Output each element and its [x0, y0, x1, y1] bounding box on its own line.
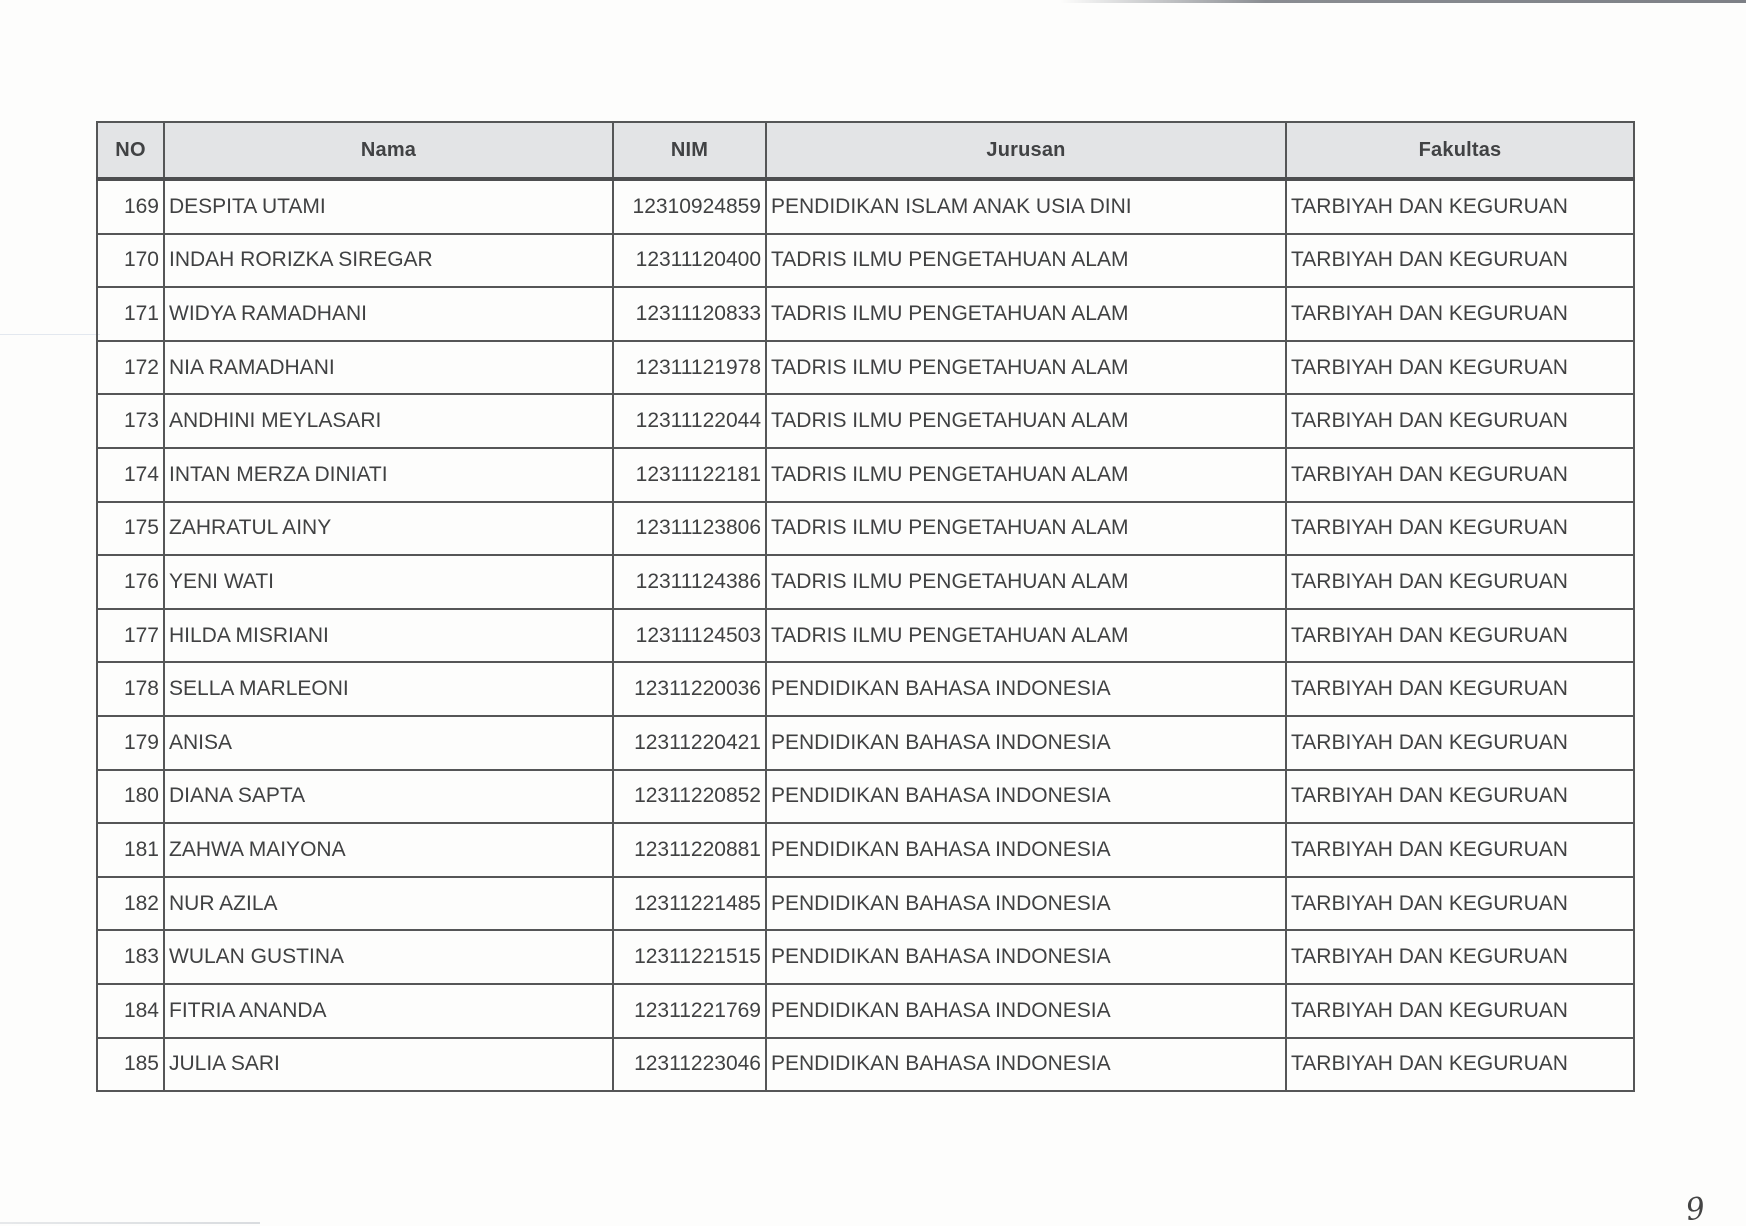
handwritten-page-mark: 9 — [1684, 1191, 1708, 1226]
cell-nim: 12311122181 — [613, 448, 766, 502]
table-body: 169DESPITA UTAMI12310924859PENDIDIKAN IS… — [97, 179, 1634, 1091]
cell-no: 178 — [97, 662, 164, 716]
table-row: 185JULIA SARI12311223046PENDIDIKAN BAHAS… — [97, 1038, 1634, 1092]
header-fakultas: Fakultas — [1286, 122, 1634, 179]
cell-nim: 12311221769 — [613, 984, 766, 1038]
cell-jurusan: PENDIDIKAN BAHASA INDONESIA — [766, 1038, 1286, 1092]
cell-nama: JULIA SARI — [164, 1038, 613, 1092]
cell-nama: YENI WATI — [164, 555, 613, 609]
cell-nama: NIA RAMADHANI — [164, 341, 613, 395]
cell-nama: ZAHWA MAIYONA — [164, 823, 613, 877]
cell-jurusan: PENDIDIKAN BAHASA INDONESIA — [766, 930, 1286, 984]
table-row: 180DIANA SAPTA12311220852PENDIDIKAN BAHA… — [97, 770, 1634, 824]
cell-fakultas: TARBIYAH DAN KEGURUAN — [1286, 179, 1634, 234]
cell-no: 184 — [97, 984, 164, 1038]
cell-jurusan: TADRIS ILMU PENGETAHUAN ALAM — [766, 609, 1286, 663]
table-row: 184FITRIA ANANDA12311221769PENDIDIKAN BA… — [97, 984, 1634, 1038]
cell-no: 183 — [97, 930, 164, 984]
cell-nama: ANISA — [164, 716, 613, 770]
cell-jurusan: PENDIDIKAN BAHASA INDONESIA — [766, 662, 1286, 716]
cell-no: 175 — [97, 502, 164, 556]
cell-jurusan: PENDIDIKAN BAHASA INDONESIA — [766, 877, 1286, 931]
table-row: 169DESPITA UTAMI12310924859PENDIDIKAN IS… — [97, 179, 1634, 234]
cell-nim: 12311122044 — [613, 394, 766, 448]
cell-no: 176 — [97, 555, 164, 609]
header-row: NO Nama NIM Jurusan Fakultas — [97, 122, 1634, 179]
scan-edge-top — [1060, 0, 1746, 3]
table-header: NO Nama NIM Jurusan Fakultas — [97, 122, 1634, 179]
cell-nim: 12311221515 — [613, 930, 766, 984]
table-row: 183WULAN GUSTINA12311221515PENDIDIKAN BA… — [97, 930, 1634, 984]
scan-edge-bottom — [0, 1222, 260, 1224]
cell-fakultas: TARBIYAH DAN KEGURUAN — [1286, 1038, 1634, 1092]
cell-nim: 12311220852 — [613, 770, 766, 824]
cell-nama: INTAN MERZA DINIATI — [164, 448, 613, 502]
cell-no: 173 — [97, 394, 164, 448]
cell-nama: WULAN GUSTINA — [164, 930, 613, 984]
cell-fakultas: TARBIYAH DAN KEGURUAN — [1286, 770, 1634, 824]
cell-no: 182 — [97, 877, 164, 931]
cell-nama: ZAHRATUL AINY — [164, 502, 613, 556]
cell-nim: 12311223046 — [613, 1038, 766, 1092]
cell-nim: 12311220036 — [613, 662, 766, 716]
cell-jurusan: PENDIDIKAN BAHASA INDONESIA — [766, 716, 1286, 770]
cell-jurusan: PENDIDIKAN BAHASA INDONESIA — [766, 770, 1286, 824]
cell-nama: NUR AZILA — [164, 877, 613, 931]
cell-fakultas: TARBIYAH DAN KEGURUAN — [1286, 716, 1634, 770]
cell-fakultas: TARBIYAH DAN KEGURUAN — [1286, 877, 1634, 931]
cell-fakultas: TARBIYAH DAN KEGURUAN — [1286, 394, 1634, 448]
cell-nama: ANDHINI MEYLASARI — [164, 394, 613, 448]
cell-nama: DESPITA UTAMI — [164, 179, 613, 234]
cell-fakultas: TARBIYAH DAN KEGURUAN — [1286, 341, 1634, 395]
scan-artifact-line — [0, 334, 100, 335]
cell-jurusan: TADRIS ILMU PENGETAHUAN ALAM — [766, 448, 1286, 502]
table-row: 171WIDYA RAMADHANI12311120833TADRIS ILMU… — [97, 287, 1634, 341]
cell-jurusan: TADRIS ILMU PENGETAHUAN ALAM — [766, 287, 1286, 341]
table-row: 174INTAN MERZA DINIATI12311122181TADRIS … — [97, 448, 1634, 502]
table-row: 178SELLA MARLEONI12311220036PENDIDIKAN B… — [97, 662, 1634, 716]
cell-no: 177 — [97, 609, 164, 663]
cell-fakultas: TARBIYAH DAN KEGURUAN — [1286, 823, 1634, 877]
cell-jurusan: PENDIDIKAN ISLAM ANAK USIA DINI — [766, 179, 1286, 234]
table-row: 182NUR AZILA12311221485PENDIDIKAN BAHASA… — [97, 877, 1634, 931]
table-row: 173ANDHINI MEYLASARI12311122044TADRIS IL… — [97, 394, 1634, 448]
cell-fakultas: TARBIYAH DAN KEGURUAN — [1286, 287, 1634, 341]
cell-no: 185 — [97, 1038, 164, 1092]
cell-no: 169 — [97, 179, 164, 234]
cell-fakultas: TARBIYAH DAN KEGURUAN — [1286, 609, 1634, 663]
cell-fakultas: TARBIYAH DAN KEGURUAN — [1286, 555, 1634, 609]
cell-no: 179 — [97, 716, 164, 770]
cell-nim: 12311221485 — [613, 877, 766, 931]
cell-no: 171 — [97, 287, 164, 341]
cell-nama: SELLA MARLEONI — [164, 662, 613, 716]
cell-jurusan: TADRIS ILMU PENGETAHUAN ALAM — [766, 394, 1286, 448]
cell-fakultas: TARBIYAH DAN KEGURUAN — [1286, 984, 1634, 1038]
cell-nim: 12310924859 — [613, 179, 766, 234]
cell-nama: FITRIA ANANDA — [164, 984, 613, 1038]
header-nim: NIM — [613, 122, 766, 179]
cell-fakultas: TARBIYAH DAN KEGURUAN — [1286, 930, 1634, 984]
cell-no: 172 — [97, 341, 164, 395]
cell-nim: 12311121978 — [613, 341, 766, 395]
table-row: 181ZAHWA MAIYONA12311220881PENDIDIKAN BA… — [97, 823, 1634, 877]
table-row: 177HILDA MISRIANI12311124503TADRIS ILMU … — [97, 609, 1634, 663]
cell-jurusan: TADRIS ILMU PENGETAHUAN ALAM — [766, 555, 1286, 609]
cell-nim: 12311124386 — [613, 555, 766, 609]
cell-nim: 12311123806 — [613, 502, 766, 556]
cell-nim: 12311120833 — [613, 287, 766, 341]
cell-fakultas: TARBIYAH DAN KEGURUAN — [1286, 662, 1634, 716]
header-jurusan: Jurusan — [766, 122, 1286, 179]
cell-nim: 12311220421 — [613, 716, 766, 770]
cell-jurusan: PENDIDIKAN BAHASA INDONESIA — [766, 984, 1286, 1038]
table-row: 179ANISA12311220421PENDIDIKAN BAHASA IND… — [97, 716, 1634, 770]
cell-nim: 12311124503 — [613, 609, 766, 663]
cell-jurusan: TADRIS ILMU PENGETAHUAN ALAM — [766, 234, 1286, 288]
cell-jurusan: TADRIS ILMU PENGETAHUAN ALAM — [766, 502, 1286, 556]
header-nama: Nama — [164, 122, 613, 179]
cell-no: 180 — [97, 770, 164, 824]
cell-jurusan: TADRIS ILMU PENGETAHUAN ALAM — [766, 341, 1286, 395]
table-row: 170INDAH RORIZKA SIREGAR12311120400TADRI… — [97, 234, 1634, 288]
cell-jurusan: PENDIDIKAN BAHASA INDONESIA — [766, 823, 1286, 877]
cell-nama: HILDA MISRIANI — [164, 609, 613, 663]
cell-fakultas: TARBIYAH DAN KEGURUAN — [1286, 502, 1634, 556]
cell-nim: 12311120400 — [613, 234, 766, 288]
cell-nama: WIDYA RAMADHANI — [164, 287, 613, 341]
cell-nim: 12311220881 — [613, 823, 766, 877]
cell-fakultas: TARBIYAH DAN KEGURUAN — [1286, 448, 1634, 502]
student-roster-table: NO Nama NIM Jurusan Fakultas 169DESPITA … — [96, 121, 1635, 1092]
cell-fakultas: TARBIYAH DAN KEGURUAN — [1286, 234, 1634, 288]
header-no: NO — [97, 122, 164, 179]
cell-nama: DIANA SAPTA — [164, 770, 613, 824]
cell-no: 174 — [97, 448, 164, 502]
cell-no: 181 — [97, 823, 164, 877]
cell-nama: INDAH RORIZKA SIREGAR — [164, 234, 613, 288]
cell-no: 170 — [97, 234, 164, 288]
table-row: 176YENI WATI12311124386TADRIS ILMU PENGE… — [97, 555, 1634, 609]
table-row: 175ZAHRATUL AINY12311123806TADRIS ILMU P… — [97, 502, 1634, 556]
table-row: 172NIA RAMADHANI12311121978TADRIS ILMU P… — [97, 341, 1634, 395]
